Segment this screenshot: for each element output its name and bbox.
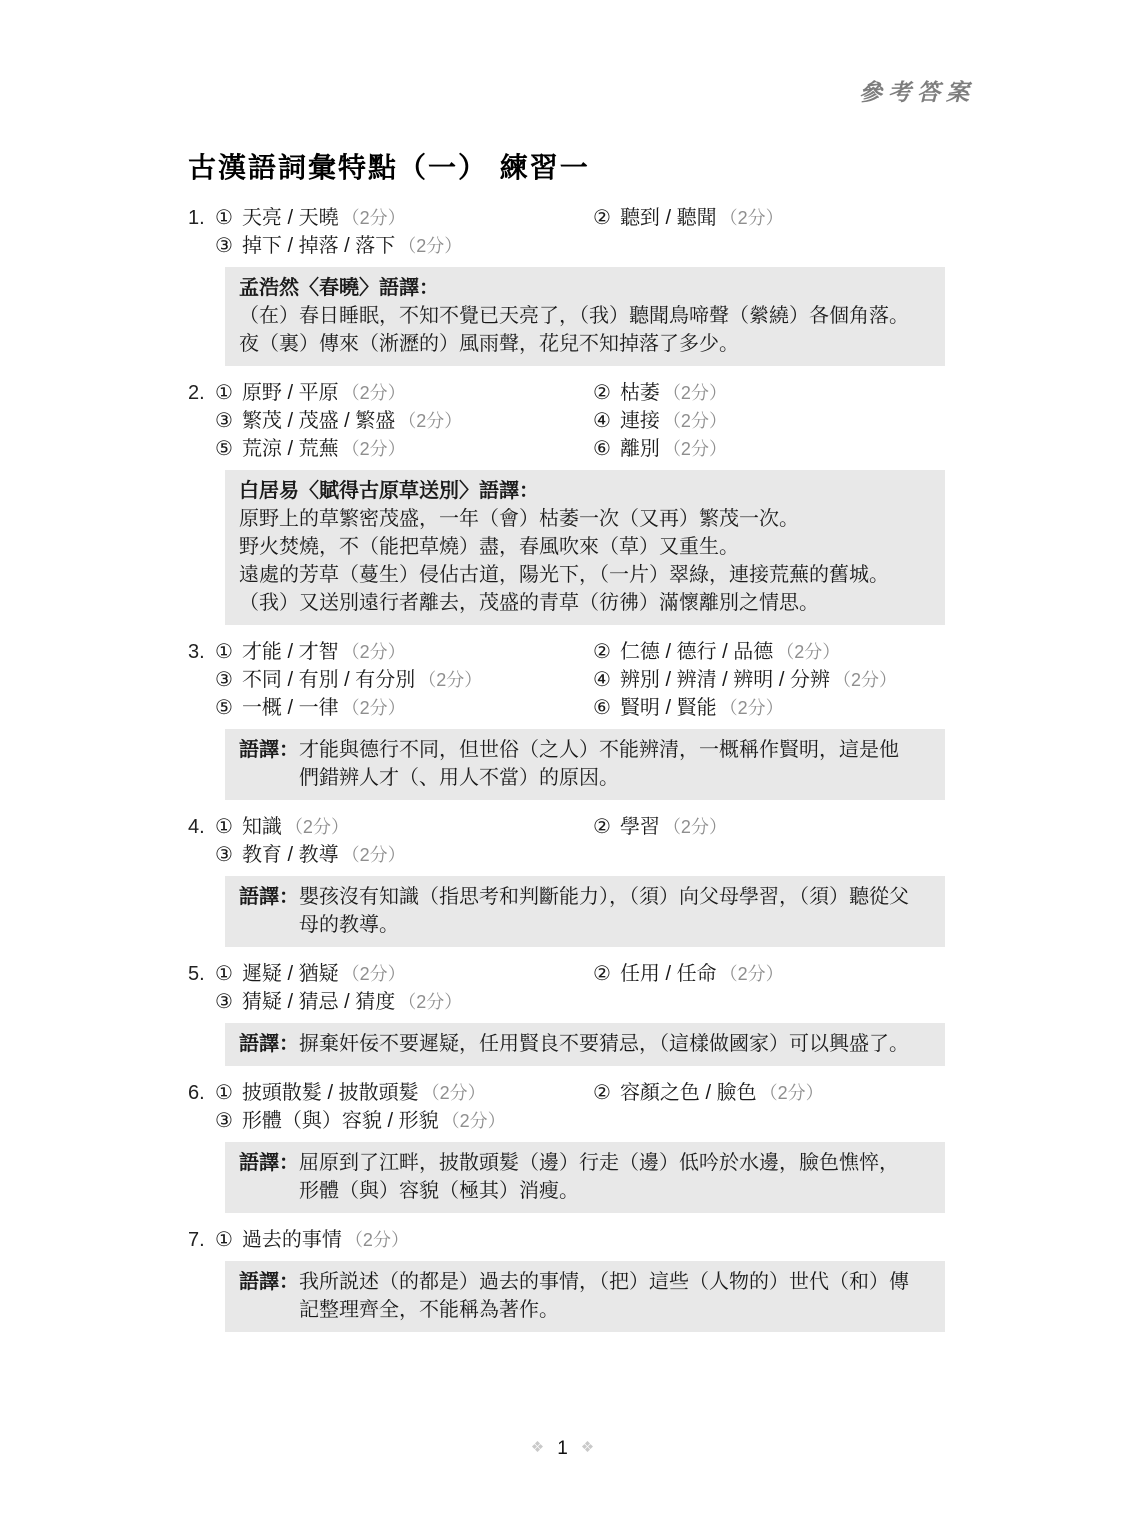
question-number: 5. (188, 960, 215, 1066)
answer: ⑤一概 / 一律（2分） (215, 694, 593, 722)
answer-text: 聽到 / 聽聞 (620, 204, 717, 232)
score-label: （2分） (342, 638, 406, 666)
answer-text: 連接 (620, 407, 660, 435)
translation-box: 語譯：屈原到了江畔，披散頭髮（邊）行走（邊）低吟於水邊，臉色憔悴，形體（與）容貌… (225, 1142, 945, 1213)
score-label: （2分） (663, 435, 727, 463)
score-label: （2分） (776, 638, 840, 666)
circled-number: ③ (215, 988, 233, 1016)
answer-text: 過去的事情 (242, 1226, 342, 1254)
circled-number: ⑥ (593, 694, 611, 722)
answer: ①遲疑 / 猶疑（2分） (215, 960, 593, 988)
answer: ③掉下 / 掉落 / 落下（2分） (215, 232, 593, 260)
answer-row: ③形體（與）容貌 / 形貌（2分） (215, 1107, 945, 1135)
question-number: 1. (188, 204, 215, 366)
answer-row: ③猜疑 / 猜忌 / 猜度（2分） (215, 988, 945, 1016)
score-label: （2分） (442, 1107, 506, 1135)
page-number: 1 (557, 1438, 568, 1459)
answer-row: ③掉下 / 掉落 / 落下（2分） (215, 232, 945, 260)
translation-text: 屈原到了江畔，披散頭髮（邊）行走（邊）低吟於水邊，臉色憔悴，形體（與）容貌（極其… (299, 1149, 933, 1205)
translation-line: 原野上的草繁密茂盛，一年（會）枯萎一次（又再）繁茂一次。 (239, 505, 933, 533)
translation-line: （我）又送別遠行者離去，茂盛的青草（彷彿）滿懷離別之情思。 (239, 589, 933, 617)
page-footer: ❖1❖ (0, 1438, 1125, 1460)
score-label: （2分） (345, 1226, 409, 1254)
translation-line: 屈原到了江畔，披散頭髮（邊）行走（邊）低吟於水邊，臉色憔悴， (299, 1149, 933, 1177)
translation-line: 母的教導。 (299, 911, 933, 939)
answer-text: 掉下 / 掉落 / 落下 (242, 232, 395, 260)
answer-row: ①天亮 / 天曉（2分）②聽到 / 聽聞（2分） (215, 204, 945, 232)
answer: ⑥賢明 / 賢能（2分） (593, 694, 784, 722)
answer: ①過去的事情（2分） (215, 1226, 593, 1254)
answer: ③繁茂 / 茂盛 / 繁盛（2分） (215, 407, 593, 435)
answer-text: 枯萎 (620, 379, 660, 407)
answer-text: 繁茂 / 茂盛 / 繁盛 (242, 407, 395, 435)
translation-box: 孟浩然〈春曉〉語譯：（在）春日睡眠，不知不覺已天亮了，（我）聽聞鳥啼聲（縈繞）各… (225, 267, 945, 366)
translation-line: 摒棄奸佞不要遲疑，任用賢良不要猜忌，（這樣做國家）可以興盛了。 (299, 1030, 933, 1058)
translation-box: 語譯：摒棄奸佞不要遲疑，任用賢良不要猜忌，（這樣做國家）可以興盛了。 (225, 1023, 945, 1066)
answer-text: 猜疑 / 猜忌 / 猜度 (242, 988, 395, 1016)
score-label: （2分） (663, 407, 727, 435)
question-body: ①過去的事情（2分）語譯：我所説述（的都是）過去的事情，（把）這些（人物的）世代… (215, 1226, 945, 1332)
answer-text: 教育 / 教導 (242, 841, 339, 869)
answer: ②學習（2分） (593, 813, 727, 841)
translation-line: 記整理齊全，不能稱為著作。 (299, 1296, 933, 1324)
answer: ⑤荒涼 / 荒蕪（2分） (215, 435, 593, 463)
translation-line: 嬰孩沒有知識（指思考和判斷能力），（須）向父母學習，（須）聽從父 (299, 883, 933, 911)
answer-row: ⑤荒涼 / 荒蕪（2分）⑥離別（2分） (215, 435, 945, 463)
question: 6.①披頭散髮 / 披散頭髮（2分）②容顏之色 / 臉色（2分）③形體（與）容貌… (188, 1079, 945, 1213)
answer-row: ⑤一概 / 一律（2分）⑥賢明 / 賢能（2分） (215, 694, 945, 722)
circled-number: ① (215, 638, 233, 666)
translation-label: 語譯： (239, 1268, 299, 1324)
translation-box: 語譯：才能與德行不同，但世俗（之人）不能辨清，一概稱作賢明，這是他們錯辨人才（、… (225, 729, 945, 800)
answer: ②仁德 / 德行 / 品德（2分） (593, 638, 840, 666)
answer-row: ③繁茂 / 茂盛 / 繁盛（2分）④連接（2分） (215, 407, 945, 435)
circled-number: ② (593, 813, 611, 841)
questions: 1.①天亮 / 天曉（2分）②聽到 / 聽聞（2分）③掉下 / 掉落 / 落下（… (188, 204, 945, 1332)
translation-text: 我所説述（的都是）過去的事情，（把）這些（人物的）世代（和）傳記整理齊全，不能稱… (299, 1268, 933, 1324)
answer: ③教育 / 教導（2分） (215, 841, 593, 869)
answer-row: ③教育 / 教導（2分） (215, 841, 945, 869)
question-number: 6. (188, 1079, 215, 1213)
answer-text: 辨別 / 辨清 / 辨明 / 分辨 (620, 666, 830, 694)
translation-label: 語譯： (239, 1149, 299, 1205)
corner-label: 參考答案 (859, 74, 975, 107)
score-label: （2分） (833, 666, 897, 694)
question-body: ①原野 / 平原（2分）②枯萎（2分）③繁茂 / 茂盛 / 繁盛（2分）④連接（… (215, 379, 945, 625)
translation-line: 夜（裏）傳來（淅瀝的）風雨聲，花兒不知掉落了多少。 (239, 330, 933, 358)
answer: ③猜疑 / 猜忌 / 猜度（2分） (215, 988, 593, 1016)
answer: ④辨別 / 辨清 / 辨明 / 分辨（2分） (593, 666, 897, 694)
answer-text: 知識 (242, 813, 282, 841)
question-number: 7. (188, 1226, 215, 1332)
answer-text: 仁德 / 德行 / 品德 (620, 638, 773, 666)
circled-number: ① (215, 960, 233, 988)
answer-row: ③不同 / 有別 / 有分別（2分）④辨別 / 辨清 / 辨明 / 分辨（2分） (215, 666, 945, 694)
score-label: （2分） (285, 813, 349, 841)
question-number: 4. (188, 813, 215, 947)
question-body: ①知識（2分）②學習（2分）③教育 / 教導（2分）語譯：嬰孩沒有知識（指思考和… (215, 813, 945, 947)
circled-number: ① (215, 1226, 233, 1254)
answer: ②聽到 / 聽聞（2分） (593, 204, 784, 232)
answer: ①披頭散髮 / 披散頭髮（2分） (215, 1079, 593, 1107)
translation-box: 語譯：嬰孩沒有知識（指思考和判斷能力），（須）向父母學習，（須）聽從父母的教導。 (225, 876, 945, 947)
translation-line: 才能與德行不同，但世俗（之人）不能辨清，一概稱作賢明，這是他 (299, 736, 933, 764)
translation-label: 語譯： (239, 883, 299, 939)
score-label: （2分） (720, 204, 784, 232)
answer-row: ①知識（2分）②學習（2分） (215, 813, 945, 841)
question-body: ①天亮 / 天曉（2分）②聽到 / 聽聞（2分）③掉下 / 掉落 / 落下（2分… (215, 204, 945, 366)
page-title: 古漢語詞彙特點（一） 練習一 (188, 146, 945, 186)
translation-box: 語譯：我所説述（的都是）過去的事情，（把）這些（人物的）世代（和）傳記整理齊全，… (225, 1261, 945, 1332)
question: 7.①過去的事情（2分）語譯：我所説述（的都是）過去的事情，（把）這些（人物的）… (188, 1226, 945, 1332)
translation-line: 我所説述（的都是）過去的事情，（把）這些（人物的）世代（和）傳 (299, 1268, 933, 1296)
score-label: （2分） (342, 379, 406, 407)
answer-row: ①披頭散髮 / 披散頭髮（2分）②容顏之色 / 臉色（2分） (215, 1079, 945, 1107)
circled-number: ① (215, 813, 233, 841)
circled-number: ② (593, 1079, 611, 1107)
circled-number: ③ (215, 841, 233, 869)
score-label: （2分） (398, 407, 462, 435)
question-body: ①才能 / 才智（2分）②仁德 / 德行 / 品德（2分）③不同 / 有別 / … (215, 638, 945, 800)
question: 4.①知識（2分）②學習（2分）③教育 / 教導（2分）語譯：嬰孩沒有知識（指思… (188, 813, 945, 947)
circled-number: ⑤ (215, 694, 233, 722)
answer-text: 原野 / 平原 (242, 379, 339, 407)
circled-number: ① (215, 1079, 233, 1107)
circled-number: ② (593, 960, 611, 988)
score-label: （2分） (342, 204, 406, 232)
answer-text: 披頭散髮 / 披散頭髮 (242, 1079, 419, 1107)
answer-text: 遲疑 / 猶疑 (242, 960, 339, 988)
question-body: ①遲疑 / 猶疑（2分）②任用 / 任命（2分）③猜疑 / 猜忌 / 猜度（2分… (215, 960, 945, 1066)
circled-number: ② (593, 638, 611, 666)
answer-text: 任用 / 任命 (620, 960, 717, 988)
content-area: 古漢語詞彙特點（一） 練習一 1.①天亮 / 天曉（2分）②聽到 / 聽聞（2分… (188, 146, 945, 1332)
circled-number: ③ (215, 232, 233, 260)
circled-number: ④ (593, 407, 611, 435)
score-label: （2分） (342, 960, 406, 988)
question: 2.①原野 / 平原（2分）②枯萎（2分）③繁茂 / 茂盛 / 繁盛（2分）④連… (188, 379, 945, 625)
diamond-ornament-icon: ❖ (581, 1439, 594, 1456)
translation-text: 才能與德行不同，但世俗（之人）不能辨清，一概稱作賢明，這是他們錯辨人才（、用人不… (299, 736, 933, 792)
answer-row: ①才能 / 才智（2分）②仁德 / 德行 / 品德（2分） (215, 638, 945, 666)
answer: ④連接（2分） (593, 407, 727, 435)
translation-line: 遠處的芳草（蔓生）侵佔古道，陽光下，（一片）翠綠，連接荒蕪的舊城。 (239, 561, 933, 589)
answer-text: 才能 / 才智 (242, 638, 339, 666)
translation-line: 形體（與）容貌（極其）消瘦。 (299, 1177, 933, 1205)
circled-number: ③ (215, 1107, 233, 1135)
translation-line: 野火焚燒，不（能把草燒）盡，春風吹來（草）又重生。 (239, 533, 933, 561)
translation-title: 白居易〈賦得古原草送別〉語譯： (239, 477, 933, 505)
answer: ②容顏之色 / 臉色（2分） (593, 1079, 824, 1107)
score-label: （2分） (398, 988, 462, 1016)
score-label: （2分） (720, 694, 784, 722)
answer-text: 天亮 / 天曉 (242, 204, 339, 232)
circled-number: ③ (215, 407, 233, 435)
answer: ⑥離別（2分） (593, 435, 727, 463)
answer-row: ①遲疑 / 猶疑（2分）②任用 / 任命（2分） (215, 960, 945, 988)
answer-text: 一概 / 一律 (242, 694, 339, 722)
score-label: （2分） (760, 1079, 824, 1107)
translation-box: 白居易〈賦得古原草送別〉語譯：原野上的草繁密茂盛，一年（會）枯萎一次（又再）繁茂… (225, 470, 945, 625)
question: 3.①才能 / 才智（2分）②仁德 / 德行 / 品德（2分）③不同 / 有別 … (188, 638, 945, 800)
answer: ②任用 / 任命（2分） (593, 960, 784, 988)
answer-text: 賢明 / 賢能 (620, 694, 717, 722)
translation-text: 嬰孩沒有知識（指思考和判斷能力），（須）向父母學習，（須）聽從父母的教導。 (299, 883, 933, 939)
translation-text: 摒棄奸佞不要遲疑，任用賢良不要猜忌，（這樣做國家）可以興盛了。 (299, 1030, 933, 1058)
question-number: 3. (188, 638, 215, 800)
answer-text: 學習 (620, 813, 660, 841)
score-label: （2分） (663, 379, 727, 407)
answer-text: 離別 (620, 435, 660, 463)
score-label: （2分） (398, 232, 462, 260)
question-body: ①披頭散髮 / 披散頭髮（2分）②容顏之色 / 臉色（2分）③形體（與）容貌 /… (215, 1079, 945, 1213)
answer: ③不同 / 有別 / 有分別（2分） (215, 666, 593, 694)
score-label: （2分） (342, 841, 406, 869)
score-label: （2分） (418, 666, 482, 694)
answer: ①原野 / 平原（2分） (215, 379, 593, 407)
answer: ③形體（與）容貌 / 形貌（2分） (215, 1107, 593, 1135)
diamond-ornament-icon: ❖ (531, 1439, 544, 1456)
question-number: 2. (188, 379, 215, 625)
document-page: 參考答案 古漢語詞彙特點（一） 練習一 1.①天亮 / 天曉（2分）②聽到 / … (0, 0, 1125, 1538)
answer-text: 容顏之色 / 臉色 (620, 1079, 757, 1107)
answer: ①知識（2分） (215, 813, 593, 841)
circled-number: ② (593, 204, 611, 232)
circled-number: ② (593, 379, 611, 407)
translation-label: 語譯： (239, 736, 299, 792)
circled-number: ⑥ (593, 435, 611, 463)
question: 5.①遲疑 / 猶疑（2分）②任用 / 任命（2分）③猜疑 / 猜忌 / 猜度（… (188, 960, 945, 1066)
circled-number: ③ (215, 666, 233, 694)
score-label: （2分） (720, 960, 784, 988)
answer: ①天亮 / 天曉（2分） (215, 204, 593, 232)
translation-title: 孟浩然〈春曉〉語譯： (239, 274, 933, 302)
answer-text: 荒涼 / 荒蕪 (242, 435, 339, 463)
score-label: （2分） (422, 1079, 486, 1107)
score-label: （2分） (342, 435, 406, 463)
score-label: （2分） (342, 694, 406, 722)
circled-number: ⑤ (215, 435, 233, 463)
circled-number: ④ (593, 666, 611, 694)
translation-label: 語譯： (239, 1030, 299, 1058)
answer-text: 不同 / 有別 / 有分別 (242, 666, 415, 694)
question: 1.①天亮 / 天曉（2分）②聽到 / 聽聞（2分）③掉下 / 掉落 / 落下（… (188, 204, 945, 366)
answer-text: 形體（與）容貌 / 形貌 (242, 1107, 439, 1135)
translation-line: 們錯辨人才（、用人不當）的原因。 (299, 764, 933, 792)
score-label: （2分） (663, 813, 727, 841)
circled-number: ① (215, 204, 233, 232)
translation-line: （在）春日睡眠，不知不覺已天亮了，（我）聽聞鳥啼聲（縈繞）各個角落。 (239, 302, 933, 330)
answer: ②枯萎（2分） (593, 379, 727, 407)
answer-row: ①原野 / 平原（2分）②枯萎（2分） (215, 379, 945, 407)
answer-row: ①過去的事情（2分） (215, 1226, 945, 1254)
circled-number: ① (215, 379, 233, 407)
answer: ①才能 / 才智（2分） (215, 638, 593, 666)
